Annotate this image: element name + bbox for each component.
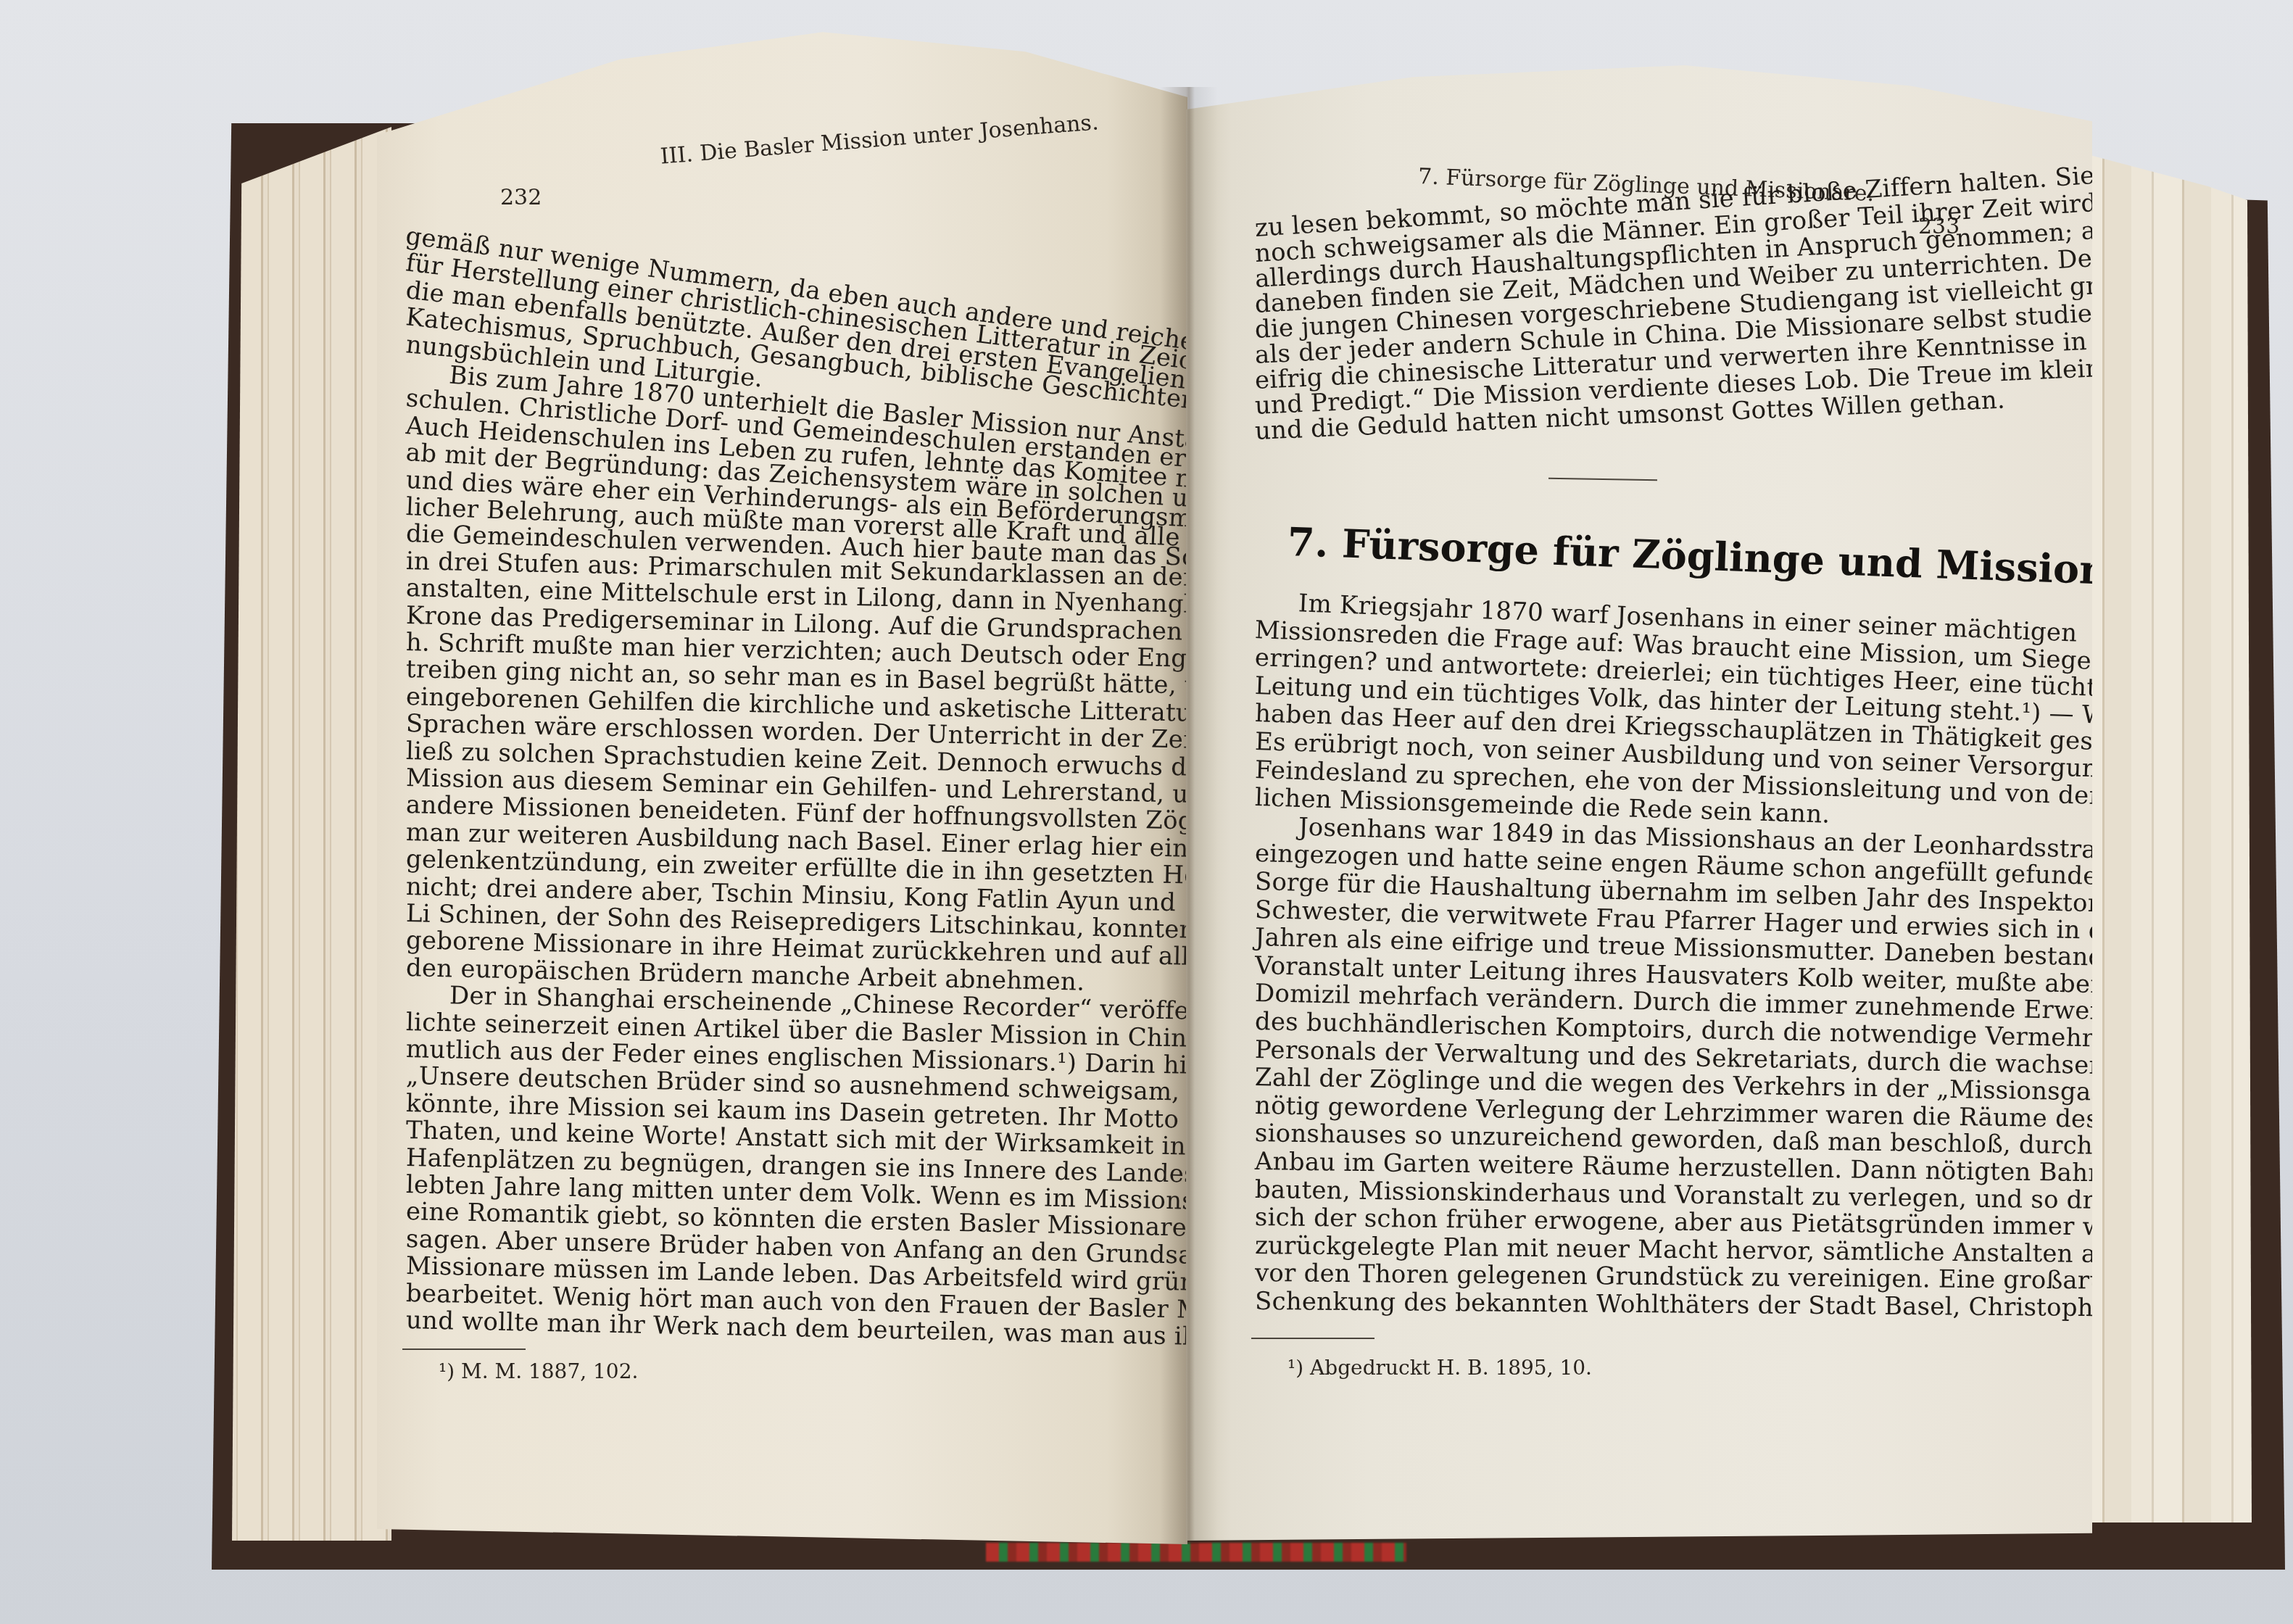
section-divider (1548, 478, 1657, 481)
page-number-left: 232 (500, 185, 542, 210)
footnote-left: ¹) M. M. 1887, 102. (439, 1359, 638, 1383)
right-page: 7. Fürsorge für Zöglinge und Missionare.… (1186, 65, 2092, 1541)
section-title: 7. Fürsorge für Zöglinge und Missionare. (1287, 518, 2092, 597)
footnote-rule-right (1251, 1338, 1374, 1339)
text-line: Schenkung des bekannten Wohlthäters der … (1255, 1287, 2023, 1322)
page-edges-left (232, 127, 391, 1541)
book-gutter-shadow (1160, 87, 1218, 1544)
left-page: III. Die Basler Mission unter Josenhans.… (377, 29, 1187, 1544)
footnote-rule-left (402, 1348, 526, 1350)
book-headband (986, 1543, 1406, 1562)
photo-scene: III. Die Basler Mission unter Josenhans.… (0, 0, 2293, 1624)
footnote-right: ¹) Abgedruckt H. B. 1895, 10. (1288, 1356, 1592, 1380)
running-head-left: III. Die Basler Mission unter Josenhans. (660, 109, 1100, 169)
